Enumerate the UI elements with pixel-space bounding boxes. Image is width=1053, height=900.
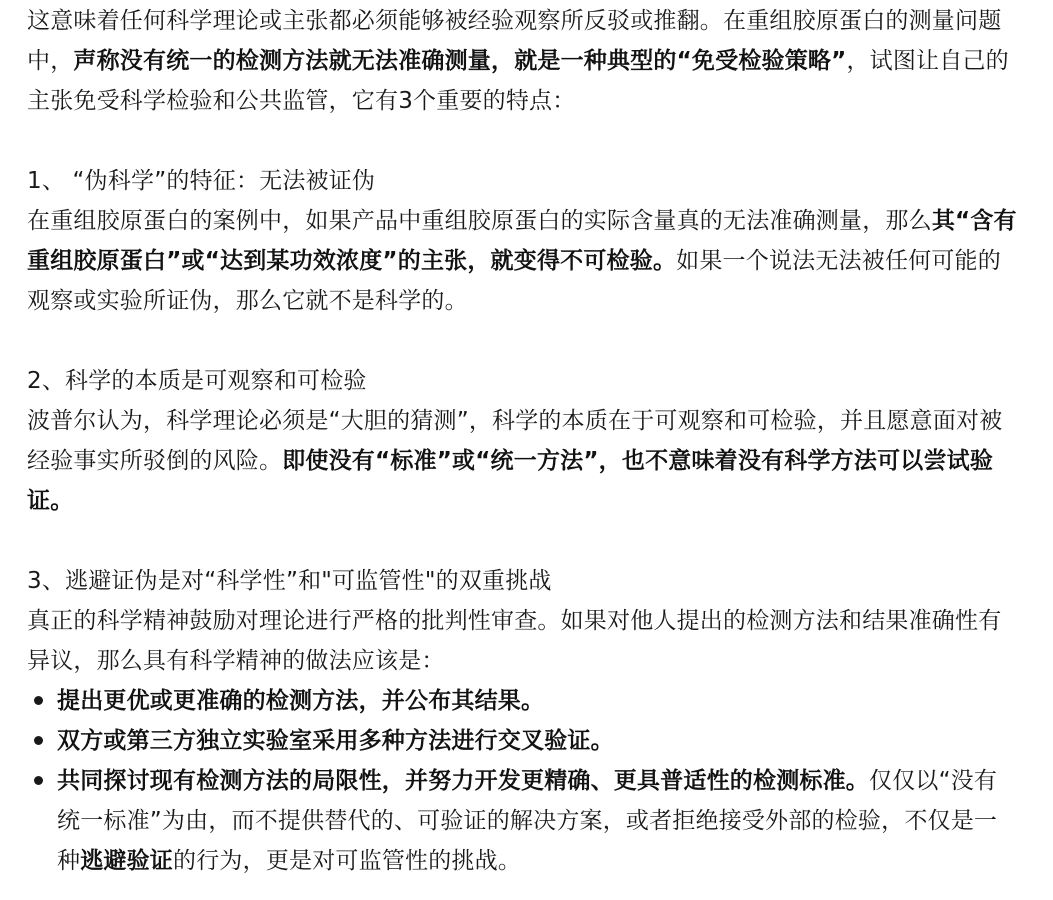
list-item-bold: 双方或第三方独立实验室采用多种方法进行交叉验证。 — [57, 728, 614, 754]
list-item-bold-inline: 逃避验证 — [80, 848, 173, 874]
spacer — [27, 121, 1019, 161]
section-1-text: 在重组胶原蛋白的案例中，如果产品中重组胶原蛋白的实际含量真的无法准确测量，那么 — [27, 208, 932, 234]
section-2-heading: 2、科学的本质是可观察和可检验 — [27, 361, 1019, 401]
section-2-paragraph: 波普尔认为，科学理论必须是“大胆的猜测”，科学的本质在于可观察和可检验，并且愿意… — [27, 401, 1019, 521]
list-item: 共同探讨现有检测方法的局限性，并努力开发更精确、更具普适性的检测标准。仅仅以“没… — [27, 761, 1019, 881]
spacer — [27, 521, 1019, 561]
bullet-dot-icon — [34, 696, 43, 705]
bullet-list: 提出更优或更准确的检测方法，并公布其结果。 双方或第三方独立实验室采用多种方法进… — [27, 681, 1019, 881]
intro-paragraph: 这意味着任何科学理论或主张都必须能够被经验观察所反驳或推翻。在重组胶原蛋白的测量… — [27, 0, 1019, 121]
bullet-dot-icon — [34, 776, 43, 785]
list-item-bold: 共同探讨现有检测方法的局限性，并努力开发更精确、更具普适性的检测标准。 — [57, 768, 869, 794]
spacer — [27, 321, 1019, 361]
intro-bold-claim: 声称没有统一的检测方法就无法准确测量，就是一种典型的“免受检验策略” — [73, 48, 846, 74]
list-item-text-end: 的行为，更是对可监管性的挑战。 — [173, 848, 521, 874]
list-item-bold: 提出更优或更准确的检测方法，并公布其结果。 — [57, 688, 544, 714]
section-3-text: 真正的科学精神鼓励对理论进行严格的批判性审查。如果对他人提出的检测方法和结果准确… — [27, 608, 1001, 674]
section-1-paragraph: 在重组胶原蛋白的案例中，如果产品中重组胶原蛋白的实际含量真的无法准确测量，那么其… — [27, 201, 1019, 321]
article-body: 这意味着任何科学理论或主张都必须能够被经验观察所反驳或推翻。在重组胶原蛋白的测量… — [0, 0, 1053, 881]
list-item: 提出更优或更准确的检测方法，并公布其结果。 — [27, 681, 1019, 721]
bullet-dot-icon — [34, 736, 43, 745]
list-item: 双方或第三方独立实验室采用多种方法进行交叉验证。 — [27, 721, 1019, 761]
section-3-heading: 3、逃避证伪是对“科学性”和"可监管性"的双重挑战 — [27, 561, 1019, 601]
section-1-heading: 1、 “伪科学”的特征：无法被证伪 — [27, 161, 1019, 201]
section-3-paragraph: 真正的科学精神鼓励对理论进行严格的批判性审查。如果对他人提出的检测方法和结果准确… — [27, 601, 1019, 681]
